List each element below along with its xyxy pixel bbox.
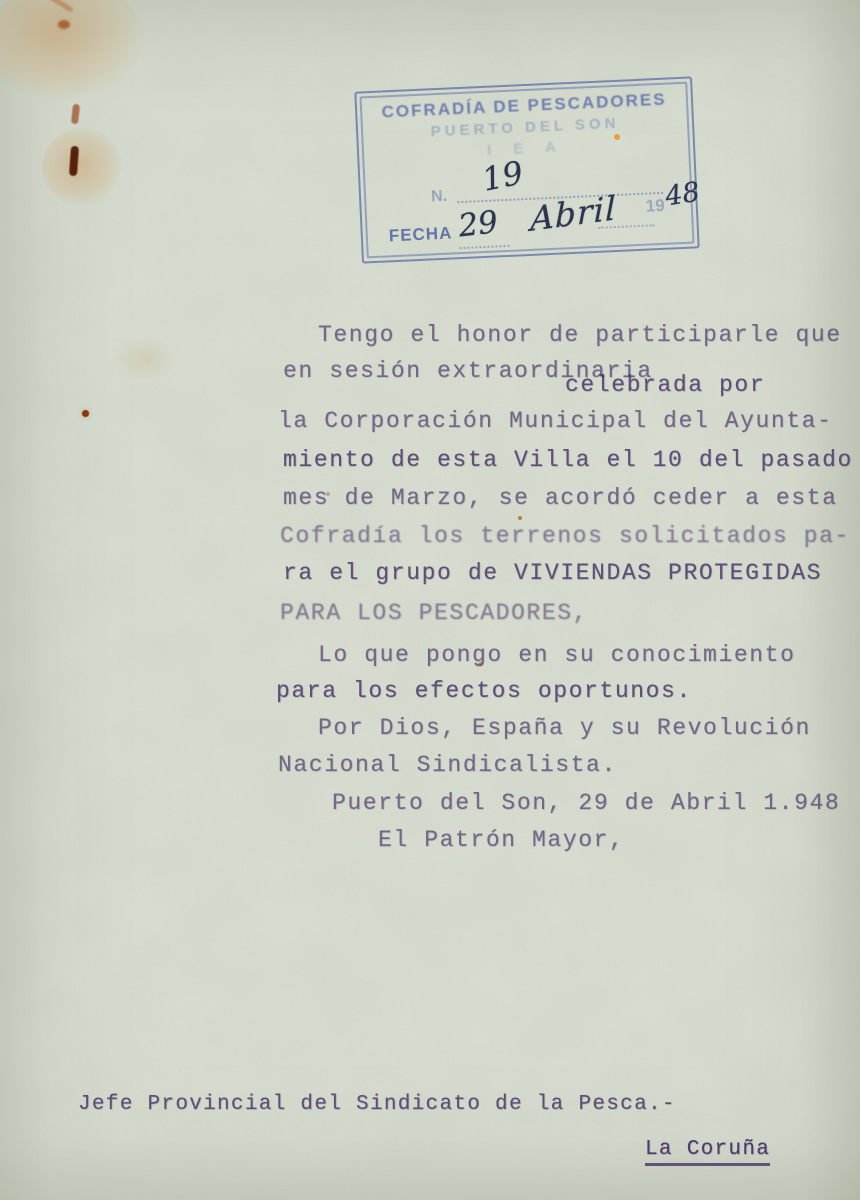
foxing-stain-mid-left — [42, 128, 122, 206]
handwritten-year: 48 — [663, 177, 702, 213]
stamp-year-prefix: 19 — [645, 196, 665, 217]
signature-title: El Patrón Mayor, — [378, 827, 624, 853]
addressee-place: La Coruña — [645, 1138, 770, 1161]
stamp-fecha-label: FECHA — [388, 223, 452, 246]
body-line: para los efectos oportunos. — [276, 678, 692, 704]
body-line: la Corporación Municipal del Ayunta- — [278, 408, 832, 434]
faint-smudge — [112, 336, 178, 382]
rust-speck — [518, 516, 522, 520]
addressee-place-text: La Coruña — [645, 1138, 770, 1166]
body-line: Tengo el honor de participarle que — [318, 322, 842, 348]
body-line: celebrada por — [565, 372, 765, 398]
handwritten-entry-number: 19 — [479, 153, 527, 198]
body-line: ra el grupo de VIVIENDAS PROTEGIDAS — [283, 560, 822, 586]
foxing-stain-core — [58, 20, 70, 29]
ink-blot-mark — [71, 104, 80, 125]
stamp-number-label: N. — [431, 188, 448, 207]
stamp-fecha-dotted-line — [458, 223, 509, 249]
body-line: Lo que pongo en su conocimiento — [318, 642, 795, 668]
body-line: Cofradía los terrenos solicitados pa- — [280, 523, 850, 549]
foxing-stain-tail — [32, 0, 74, 13]
addressee-line: Jefe Provincial del Sindicato de la Pesc… — [78, 1093, 676, 1116]
body-line: mes de Marzo, se acordó ceder a esta — [283, 485, 837, 511]
foxing-stain-mid-core — [69, 146, 79, 176]
dateline: Puerto del Son, 29 de Abril 1.948 — [332, 790, 840, 816]
foxing-stain-top-left — [0, 0, 146, 102]
scanned-document-page: COFRADÍA DE PESCADORES PUERTO DEL SON I … — [0, 0, 860, 1200]
body-line: Nacional Sindicalista. — [278, 752, 617, 778]
registry-stamp: COFRADÍA DE PESCADORES PUERTO DEL SON I … — [354, 76, 699, 263]
rust-speck — [82, 410, 89, 417]
body-line: miento de esta Villa el 10 del pasado — [283, 447, 853, 473]
body-line: PARA LOS PESCADORES, — [280, 600, 588, 626]
body-line: Por Dios, España y su Revolución — [318, 715, 811, 741]
